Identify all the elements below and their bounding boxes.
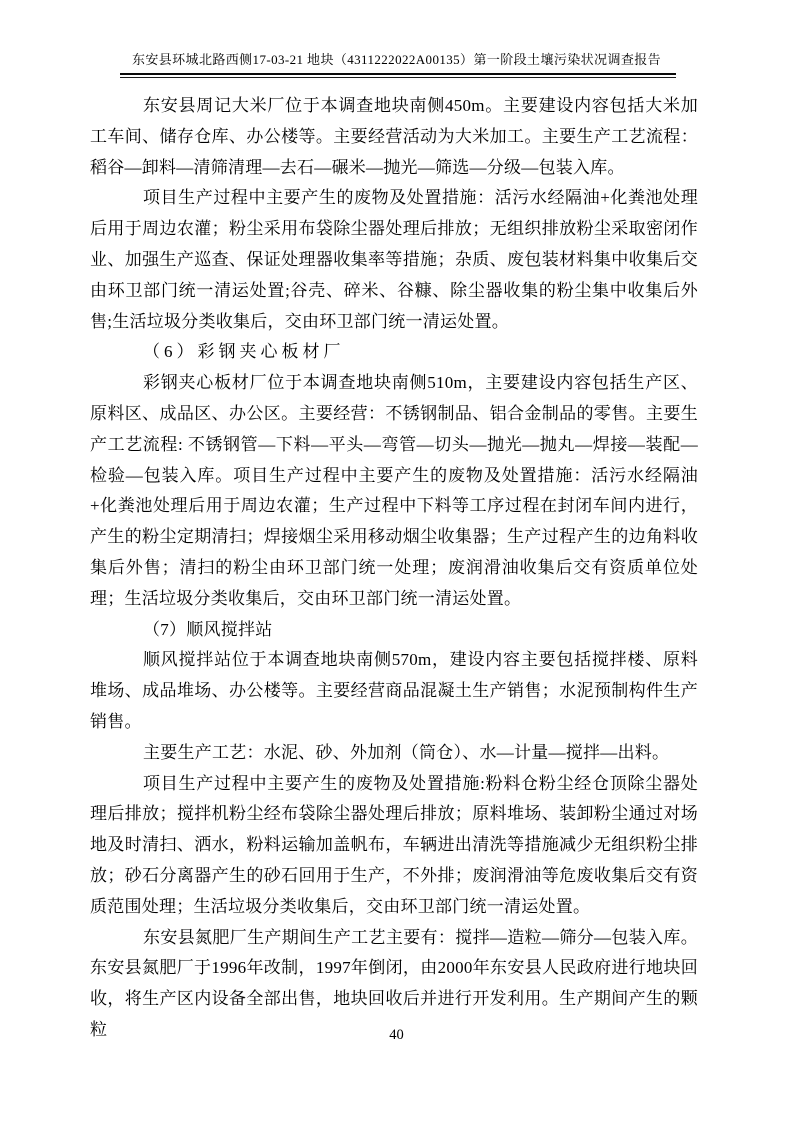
paragraph-rice-mill-waste-measures: 项目生产过程中主要产生的废物及处置措施：活污水经隔油+化粪池处理后用于周边农灌；… <box>90 183 698 337</box>
page-number: 40 <box>389 1027 404 1043</box>
paragraph-rice-mill-intro: 东安县周记大米厂位于本调查地块南侧450m。主要建设内容包括大米加工车间、储存仓… <box>90 91 698 183</box>
section-heading-6-steel-panel-factory: （6）彩钢夹心板材厂 <box>90 337 698 368</box>
page-header-title: 东安县环城北路西侧17-03-21 地块（4311222022A00135）第一… <box>0 49 793 68</box>
paragraph-mixing-station-intro: 顺风搅拌站位于本调查地块南侧570m，建设内容主要包括搅拌楼、原料堆场、成品堆场… <box>90 645 698 737</box>
document-body: 东安县周记大米厂位于本调查地块南侧450m。主要建设内容包括大米加工车间、储存仓… <box>90 91 698 1046</box>
paragraph-mixing-station-waste-measures: 项目生产过程中主要产生的废物及处置措施:粉料仓粉尘经仓顶除尘器处理后排放；搅拌机… <box>90 769 698 923</box>
section-heading-7-mixing-station: （7）顺风搅拌站 <box>90 615 698 646</box>
paragraph-mixing-station-process: 主要生产工艺：水泥、砂、外加剂（筒仓）、水—计量—搅拌—出料。 <box>90 738 698 769</box>
header-rule-thin-line <box>120 77 676 78</box>
header-rule-thick-line <box>120 73 676 75</box>
document-page: 东安县环城北路西侧17-03-21 地块（4311222022A00135）第一… <box>0 0 793 1122</box>
paragraph-steel-panel-factory: 彩钢夹心板材厂位于本调查地块南侧510m，主要建设内容包括生产区、原料区、成品区… <box>90 368 698 614</box>
header-double-rule <box>120 73 676 78</box>
page-footer: 40 <box>0 1027 793 1044</box>
